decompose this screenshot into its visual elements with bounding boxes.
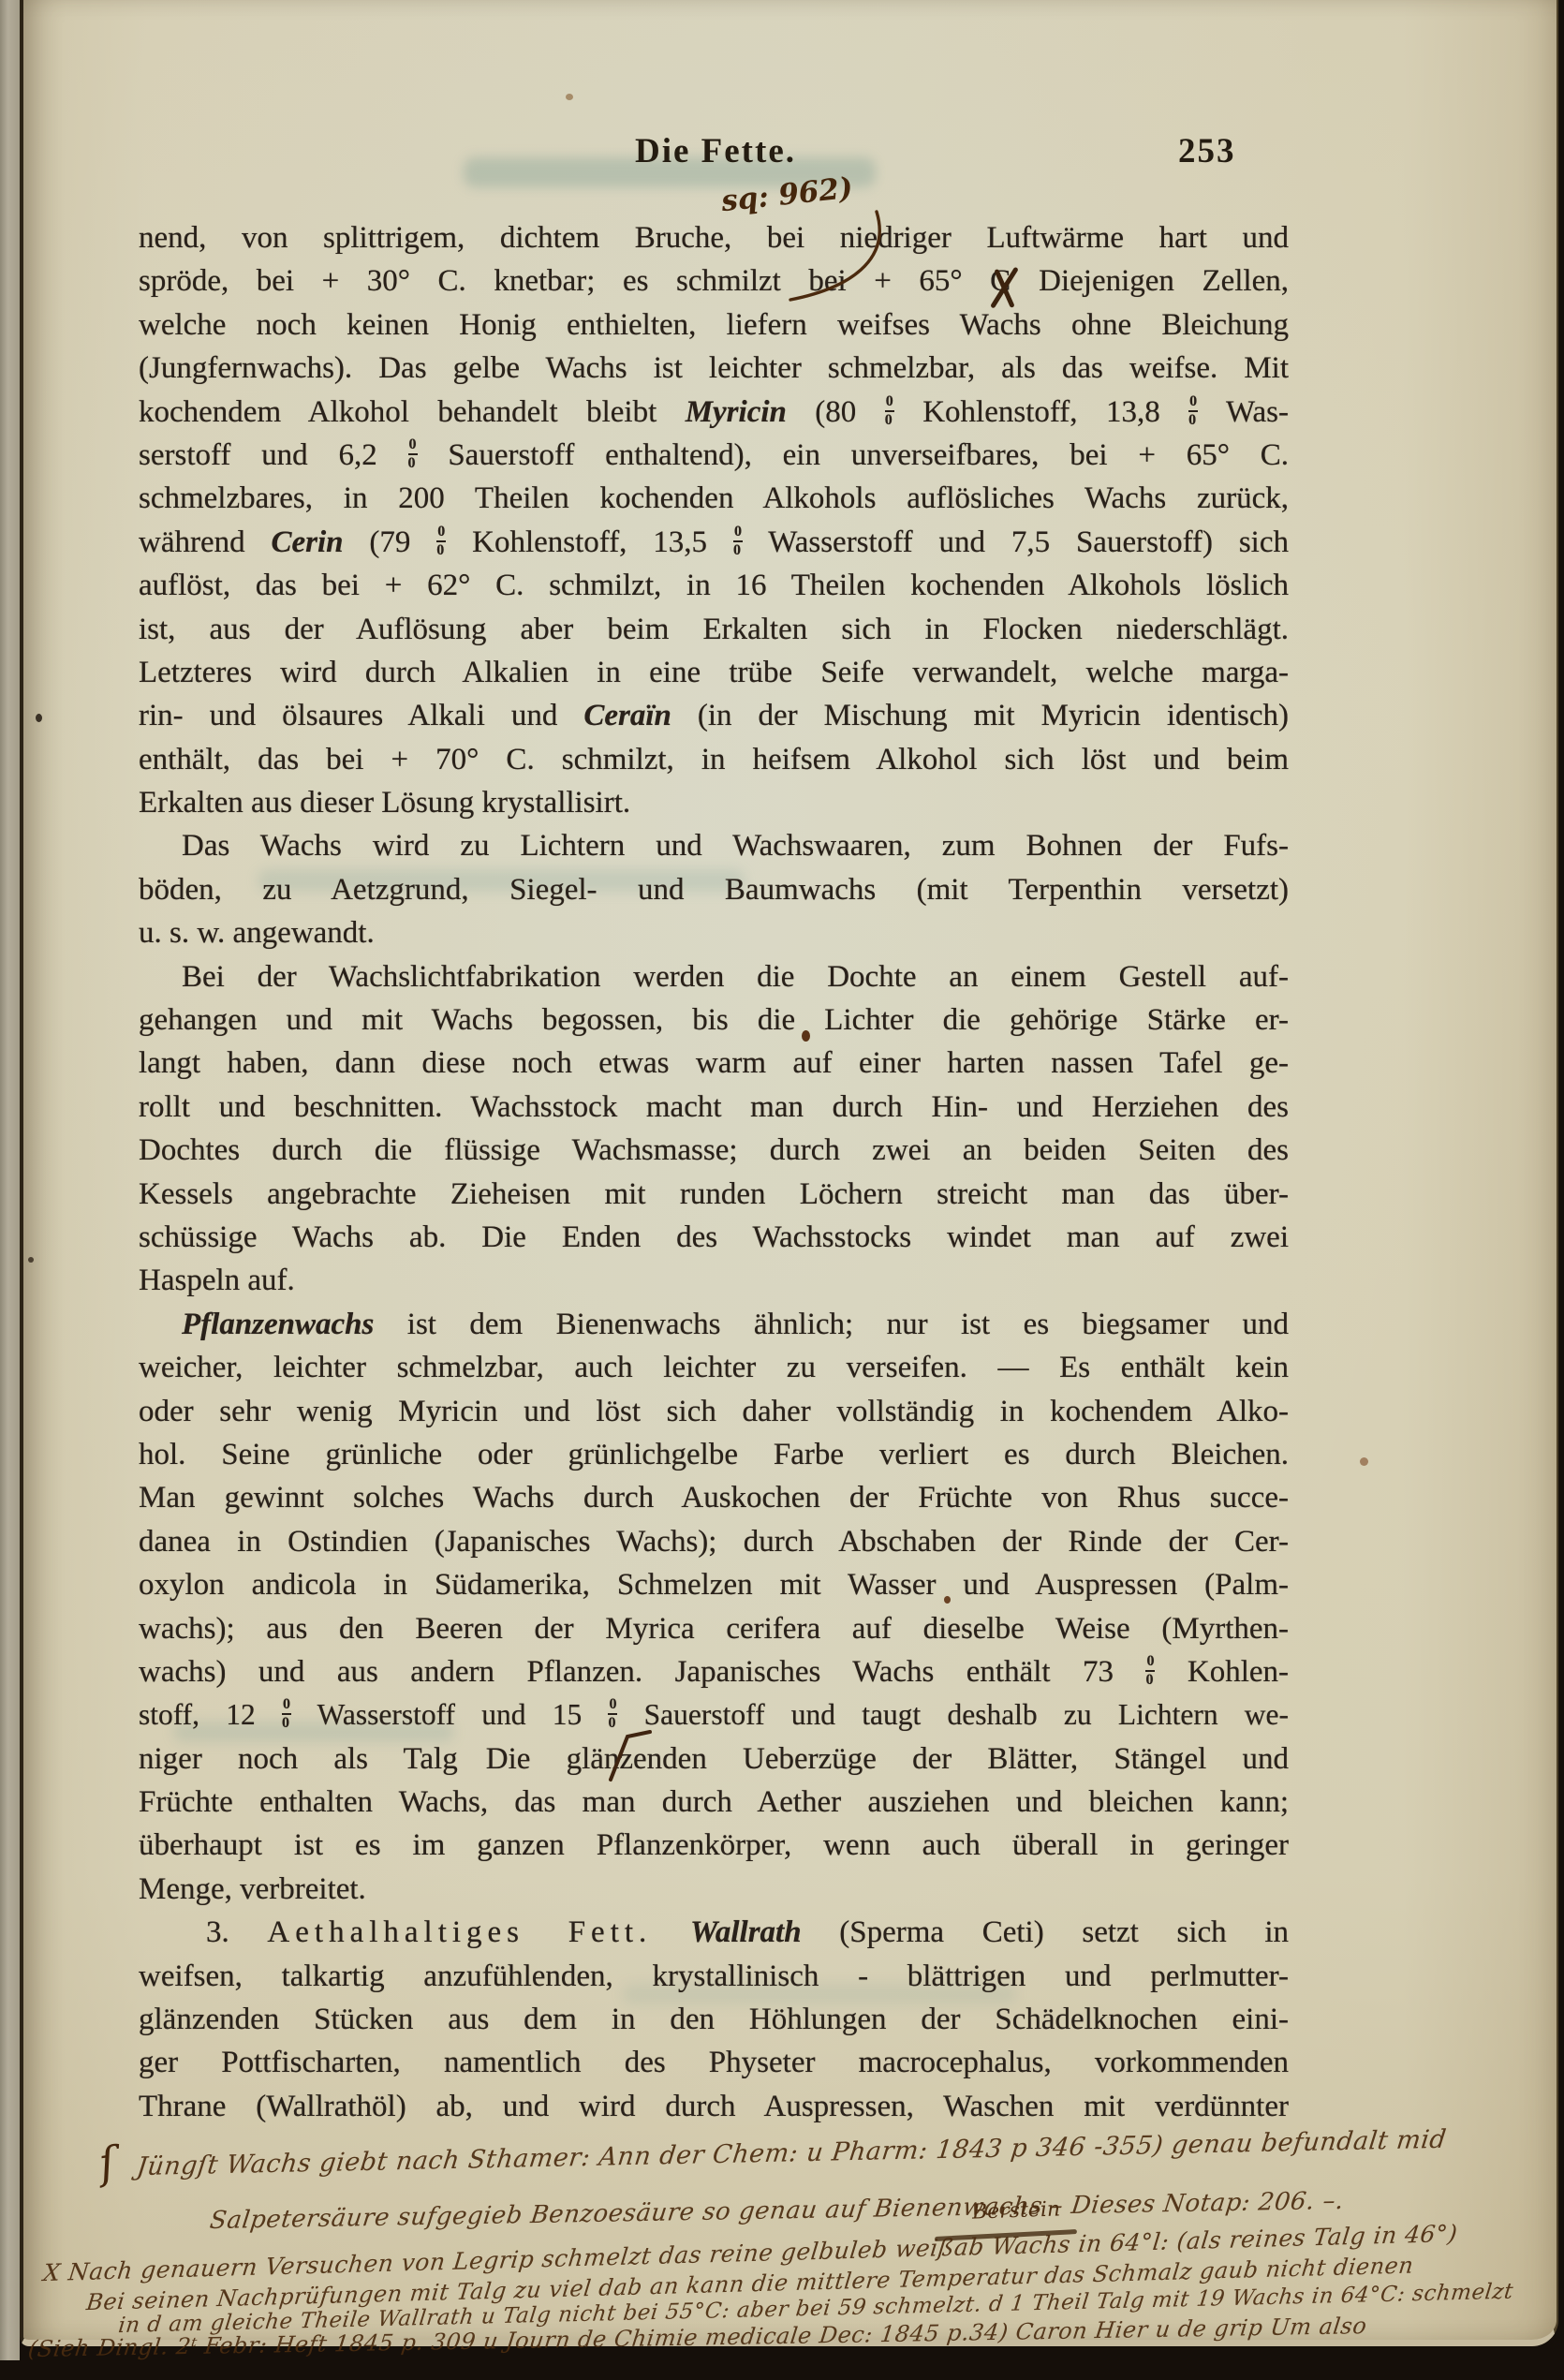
handwritten-x-mark: [983, 266, 1025, 309]
text-line: Man gewinnt solches Wachs durch Auskoche…: [139, 1476, 1289, 1519]
text-segment: Aethalhaltiges Fett.: [267, 1915, 652, 1949]
text-segment: weicher, leichter schmelzbar, auch leich…: [139, 1351, 1289, 1384]
text-line: oder sehr wenig Myricin und löst sich da…: [139, 1390, 1289, 1433]
text-segment: Wallrath: [690, 1915, 802, 1949]
text-segment: welche noch keinen Honig enthielten, lie…: [139, 308, 1289, 342]
text-segment: ger Pottfischarten, namentlich des Physe…: [139, 2046, 1289, 2079]
text-segment: Pflanzenwachs: [182, 1308, 374, 1341]
text-segment: langt haben, dann diese noch etwas warm …: [139, 1046, 1289, 1080]
text-segment: wachs) und aus andern Pflanzen. Japanisc…: [139, 1655, 1145, 1689]
text-segment: Thrane (Wallrathöl) ab, und wird durch A…: [139, 2090, 1289, 2123]
text-segment: Sauerstoff enthaltend), ein unverseifbar…: [418, 438, 1289, 472]
text-line: Erkalten aus dieser Lösung krystallisirt…: [139, 781, 1289, 824]
text-segment: Menge, verbreitet.: [139, 1872, 366, 1906]
text-segment: rollt und beschnitten. Wachsstock macht …: [139, 1090, 1289, 1124]
text-segment: Kessels angebrachte Zieheisen mit runden…: [139, 1177, 1289, 1211]
text-segment: Kohlenstoff, 13,8: [894, 395, 1188, 429]
text-segment: Haspeln auf.: [139, 1264, 295, 1297]
text-segment: überhaupt ist es im ganzen Pflanzenkörpe…: [139, 1828, 1289, 1862]
body-paragraph: 3. Aethalhaltiges Fett. Wallrath (Sperma…: [139, 1911, 1289, 2128]
text-segment: während: [139, 525, 272, 559]
text-segment: Erkalten aus dieser Lösung krystallisirt…: [139, 786, 630, 820]
text-segment: böden, zu Aetzgrund, Siegel- und Baumwac…: [139, 873, 1289, 907]
text-line: welche noch keinen Honig enthielten, lie…: [139, 303, 1289, 347]
text-line: während Cerin (79 00 Kohlenstoff, 13,5 0…: [139, 521, 1289, 564]
text-line: auflöst, das bei + 62° C. schmilzt, in 1…: [139, 564, 1289, 607]
text-line: 3. Aethalhaltiges Fett. Wallrath (Sperma…: [139, 1911, 1289, 1954]
percent-fraction-symbol: 00: [1188, 394, 1198, 428]
text-segment: Kohlen-: [1155, 1655, 1289, 1689]
text-line: Bei der Wachslichtfabrikation werden die…: [139, 955, 1289, 998]
text-line: Dochtes durch die flüssige Wachsmasse; d…: [139, 1129, 1289, 1172]
text-segment: enthält, das bei + 70° C. schmilzt, in h…: [139, 743, 1289, 776]
text-line: kochendem Alkohol behandelt bleibt Myric…: [139, 391, 1289, 434]
text-line: niger noch als TalgDie glänzenden Ueberz…: [139, 1737, 1289, 1781]
body-paragraph: Bei der Wachslichtfabrikation werden die…: [139, 955, 1289, 1303]
text-segment: danea in Ostindien (Japanisches Wachs); …: [139, 1525, 1289, 1559]
text-segment: (80: [787, 395, 885, 429]
text-line: langt haben, dann diese noch etwas warm …: [139, 1042, 1289, 1085]
text-line: ist, aus der Auflösung aber beim Erkalte…: [139, 608, 1289, 651]
percent-fraction-symbol: 00: [282, 1697, 291, 1731]
percent-fraction-symbol: 00: [885, 394, 894, 428]
text-segment: Letzteres wird durch Alkalien in eine tr…: [139, 656, 1289, 689]
text-line: enthält, das bei + 70° C. schmilzt, in h…: [139, 738, 1289, 781]
text-line: schüssige Wachs ab. Die Enden des Wachss…: [139, 1216, 1289, 1259]
text-line: weicher, leichter schmelzbar, auch leich…: [139, 1346, 1289, 1389]
text-line: schmelzbares, in 200 Theilen kochenden A…: [139, 477, 1289, 520]
text-segment: schmelzbares, in 200 Theilen kochenden A…: [139, 481, 1289, 515]
text-line: spröde, bei + 30° C. knetbar; es schmilz…: [139, 259, 1289, 303]
text-segment: nend, von splittrigem, dichtem Bruche, b…: [139, 221, 1289, 255]
text-segment: oder sehr wenig Myricin und löst sich da…: [139, 1395, 1289, 1428]
text-line: danea in Ostindien (Japanisches Wachs); …: [139, 1520, 1289, 1563]
text-segment: Myricin: [686, 395, 787, 429]
text-segment: (in der Mischung mit Myricin identisch): [671, 699, 1289, 732]
text-segment: weifsen, talkartig anzufühlenden, krysta…: [139, 1959, 1289, 1993]
text-segment: niger noch als Talg: [139, 1742, 458, 1776]
text-segment: Man gewinnt solches Wachs durch Auskoche…: [139, 1481, 1289, 1515]
text-segment: oxylon andicola in Südamerika, Schmelzen…: [139, 1568, 1289, 1602]
body-paragraph: Pflanzenwachs ist dem Bienenwachs ähnlic…: [139, 1303, 1289, 1911]
text-line: (Jungfernwachs). Das gelbe Wachs ist lei…: [139, 347, 1289, 390]
text-line: rollt und beschnitten. Wachsstock macht …: [139, 1086, 1289, 1129]
text-line: böden, zu Aetzgrund, Siegel- und Baumwac…: [139, 868, 1289, 911]
foxing-spot: [566, 94, 573, 100]
text-segment: Früchte enthalten Wachs, das man durch A…: [139, 1785, 1289, 1819]
text-segment: Wasserstoff und 15: [291, 1698, 608, 1731]
text-segment: schüssige Wachs ab. Die Enden des Wachss…: [139, 1220, 1289, 1254]
text-line: gehangen und mit Wachs begossen, bis die…: [139, 998, 1289, 1042]
text-line: weifsen, talkartig anzufühlenden, krysta…: [139, 1955, 1289, 1998]
percent-fraction-symbol: 00: [436, 525, 446, 558]
handwritten-insert-mark: [607, 1729, 656, 1783]
text-line: Letzteres wird durch Alkalien in eine tr…: [139, 651, 1289, 694]
text-line: wachs); aus den Beeren der Myrica cerife…: [139, 1607, 1289, 1650]
text-segment: Das Wachs wird zu Lichtern und Wachswaar…: [182, 829, 1289, 863]
text-segment: (Sperma Ceti) setzt sich in: [802, 1915, 1289, 1949]
text-segment: (79: [344, 525, 437, 559]
text-line: Haspeln auf.: [139, 1259, 1289, 1302]
text-segment: Was-: [1198, 395, 1289, 429]
text-segment: Bei der Wachslichtfabrikation werden die…: [182, 960, 1289, 994]
text-segment: gehangen und mit Wachs begossen, bis die…: [139, 1003, 1289, 1037]
text-segment: stoff, 12: [139, 1698, 282, 1731]
text-segment: Sauerstoff und taugt deshalb zu Lichtern…: [617, 1698, 1289, 1731]
text-segment: hol. Seine grünliche oder grünlichgelbe …: [139, 1438, 1289, 1471]
text-segment: (Jungfernwachs). Das gelbe Wachs ist lei…: [139, 351, 1289, 385]
percent-fraction-symbol: 00: [408, 437, 418, 471]
ink-speck: [28, 1257, 34, 1263]
text-segment: ist, aus der Auflösung aber beim Erkalte…: [139, 613, 1289, 646]
text-line: glänzenden Stücken aus dem in den Höhlun…: [139, 1998, 1289, 2041]
page-header-title: Die Fette.: [140, 131, 1291, 171]
adjacent-page-edge: [0, 0, 20, 2360]
text-line: rin- und ölsaures Alkali und Ceraïn (in …: [139, 694, 1289, 737]
text-line: stoff, 12 00 Wasserstoff und 15 00 Sauer…: [139, 1693, 1289, 1737]
text-line: Pflanzenwachs ist dem Bienenwachs ähnlic…: [139, 1303, 1289, 1346]
text-line: wachs) und aus andern Pflanzen. Japanisc…: [139, 1650, 1289, 1693]
text-segment: Cerin: [272, 525, 344, 559]
text-line: u. s. w. angewandt.: [139, 911, 1289, 954]
handwritten-flourish-stroke: [785, 208, 897, 311]
text-line: Das Wachs wird zu Lichtern und Wachswaar…: [139, 824, 1289, 867]
text-line: Thrane (Wallrathöl) ab, und wird durch A…: [139, 2085, 1289, 2128]
text-line: Kessels angebrachte Zieheisen mit runden…: [139, 1173, 1289, 1216]
percent-fraction-symbol: 00: [608, 1697, 617, 1731]
body-paragraph: nend, von splittrigem, dichtem Bruche, b…: [139, 216, 1289, 824]
text-line: serstoff und 6,2 00 Sauerstoff enthalten…: [139, 434, 1289, 477]
text-segment: auflöst, das bei + 62° C. schmilzt, in 1…: [139, 569, 1289, 602]
ink-speck: [802, 1030, 810, 1042]
body-text-block: nend, von splittrigem, dichtem Bruche, b…: [139, 216, 1289, 2128]
ink-speck: [36, 714, 42, 722]
text-segment: Wasserstoff und 7,5 Sauerstoff) sich: [743, 525, 1289, 559]
text-line: oxylon andicola in Südamerika, Schmelzen…: [139, 1563, 1289, 1606]
percent-fraction-symbol: 00: [1145, 1654, 1155, 1688]
foxing-spot: [1360, 1457, 1368, 1466]
text-segment: serstoff und 6,2: [139, 438, 408, 472]
text-segment: wachs); aus den Beeren der Myrica cerife…: [139, 1612, 1289, 1646]
percent-fraction-symbol: 00: [733, 525, 743, 558]
text-segment: Diejenigen Zellen,: [1039, 264, 1289, 298]
text-line: überhaupt ist es im ganzen Pflanzenkörpe…: [139, 1824, 1289, 1867]
page-number: 253: [1178, 131, 1236, 171]
text-segment: glänzenden Stücken aus dem in den Höhlun…: [139, 2003, 1289, 2036]
text-line: hol. Seine grünliche oder grünlichgelbe …: [139, 1433, 1289, 1476]
text-line: Menge, verbreitet.: [139, 1868, 1289, 1911]
text-segment: Dochtes durch die flüssige Wachsmasse; d…: [139, 1133, 1289, 1167]
text-segment: kochendem Alkohol behandelt bleibt: [139, 395, 686, 429]
text-segment: Ceraïn: [583, 699, 671, 732]
text-segment: Kohlenstoff, 13,5: [446, 525, 733, 559]
text-line: ger Pottfischarten, namentlich des Physe…: [139, 2041, 1289, 2084]
text-segment: [652, 1915, 690, 1949]
text-segment: 3.: [206, 1915, 267, 1949]
ink-speck: [944, 1596, 951, 1604]
text-segment: ist dem Bienenwachs ähnlich; nur ist es …: [374, 1308, 1289, 1341]
text-line: nend, von splittrigem, dichtem Bruche, b…: [139, 216, 1289, 259]
text-line: Früchte enthalten Wachs, das man durch A…: [139, 1781, 1289, 1824]
body-paragraph: Das Wachs wird zu Lichtern und Wachswaar…: [139, 824, 1289, 954]
text-segment: rin- und ölsaures Alkali und: [139, 699, 583, 732]
text-segment: u. s. w. angewandt.: [139, 916, 375, 950]
